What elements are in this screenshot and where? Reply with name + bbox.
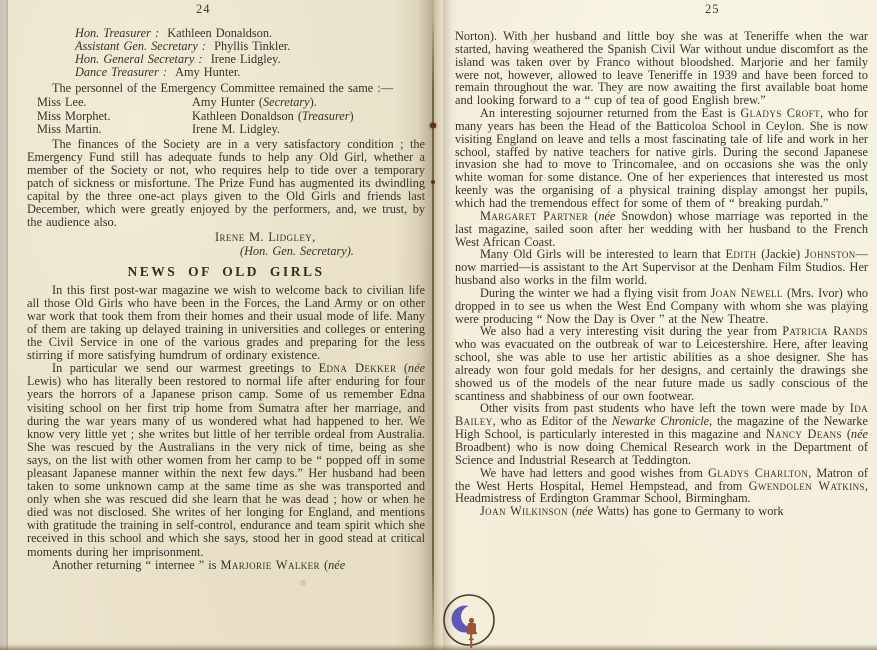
signature-block: Irene M. Lidgley, (Hon. Gen. Secretary).: [27, 231, 425, 257]
officer-role: Hon. Treasurer :: [75, 26, 167, 40]
binding-gutter: [434, 0, 443, 650]
binding-gutter-line: [432, 15, 434, 635]
paragraph: Joan Wilkinson (née Watts) has gone to G…: [455, 505, 868, 518]
page-number-right: 25: [705, 2, 720, 17]
paragraph: We also had a very interesting visit dur…: [455, 325, 868, 402]
committee-member: Miss Martin.: [37, 123, 192, 136]
committee-officer: Amy Hunter (Secretary).: [192, 96, 317, 109]
officer-name: Phyllis Tinkler.: [214, 39, 290, 53]
paragraph: Margaret Partner (née Snowdon) whose mar…: [455, 210, 868, 249]
page-24-content: Hon. Treasurer :Kathleen Donaldson. Assi…: [27, 27, 425, 572]
paragraph: In this first post-war magazine we wish …: [27, 284, 425, 363]
signature-role: (Hon. Gen. Secretary).: [240, 245, 425, 258]
officer-name: Kathleen Donaldson.: [167, 26, 272, 40]
officer-role: Dance Treasurer :: [75, 65, 175, 79]
paragraph: Other visits from past students who have…: [455, 402, 868, 466]
library-stamp-icon: [440, 592, 500, 650]
officer-row: Dance Treasurer :Amy Hunter.: [75, 66, 425, 79]
officer-name: Amy Hunter.: [175, 65, 240, 79]
paragraph: In particular we send our warmest greeti…: [27, 362, 425, 558]
committee-member: Miss Morphet.: [37, 110, 192, 123]
officer-role: Assistant Gen. Secretary :: [75, 39, 214, 53]
paragraph: We have had letters and good wishes from…: [455, 467, 868, 506]
emergency-committee-paragraph: The personnel of the Emergency Committee…: [27, 82, 425, 95]
page-25: 25 Norton). With her husband and little …: [443, 0, 877, 650]
paragraph: Another returning “ internee ” is Marjor…: [27, 559, 425, 572]
paragraph: Many Old Girls will be interested to lea…: [455, 248, 868, 287]
officer-list: Hon. Treasurer :Kathleen Donaldson. Assi…: [75, 27, 425, 79]
paragraph: Norton). With her husband and little boy…: [455, 30, 868, 107]
signature-name: Irene M. Lidgley,: [215, 231, 425, 244]
committee-row: Miss Martin.Irene M. Lidgley.: [37, 123, 425, 136]
officer-name: Irene Lidgley.: [211, 52, 281, 66]
committee-list: Miss Lee.Amy Hunter (Secretary). Miss Mo…: [37, 96, 425, 135]
page-24: 24 Hon. Treasurer :Kathleen Donaldson. A…: [8, 0, 434, 650]
committee-member: Miss Lee.: [37, 96, 192, 109]
committee-officer: Kathleen Donaldson (Treasurer): [192, 110, 354, 123]
paragraph: During the winter we had a flying visit …: [455, 287, 868, 326]
committee-row: Miss Morphet.Kathleen Donaldson (Treasur…: [37, 110, 425, 123]
page-number-left: 24: [196, 2, 211, 17]
section-heading: NEWS OF OLD GIRLS: [27, 265, 425, 278]
officer-role: Hon. General Secretary :: [75, 52, 211, 66]
binding-speck: [430, 123, 436, 128]
committee-officer: Irene M. Lidgley.: [192, 123, 280, 136]
finances-paragraph: The finances of the Society are in a ver…: [27, 138, 425, 230]
binding-speck: [431, 180, 435, 184]
paragraph: An interesting sojourner returned from t…: [455, 107, 868, 210]
committee-row: Miss Lee.Amy Hunter (Secretary).: [37, 96, 425, 109]
page-edge-bottom: [0, 644, 877, 650]
book-spread: 24 Hon. Treasurer :Kathleen Donaldson. A…: [0, 0, 877, 650]
page-25-content: Norton). With her husband and little boy…: [455, 30, 868, 518]
page-edge-left: [0, 0, 8, 650]
